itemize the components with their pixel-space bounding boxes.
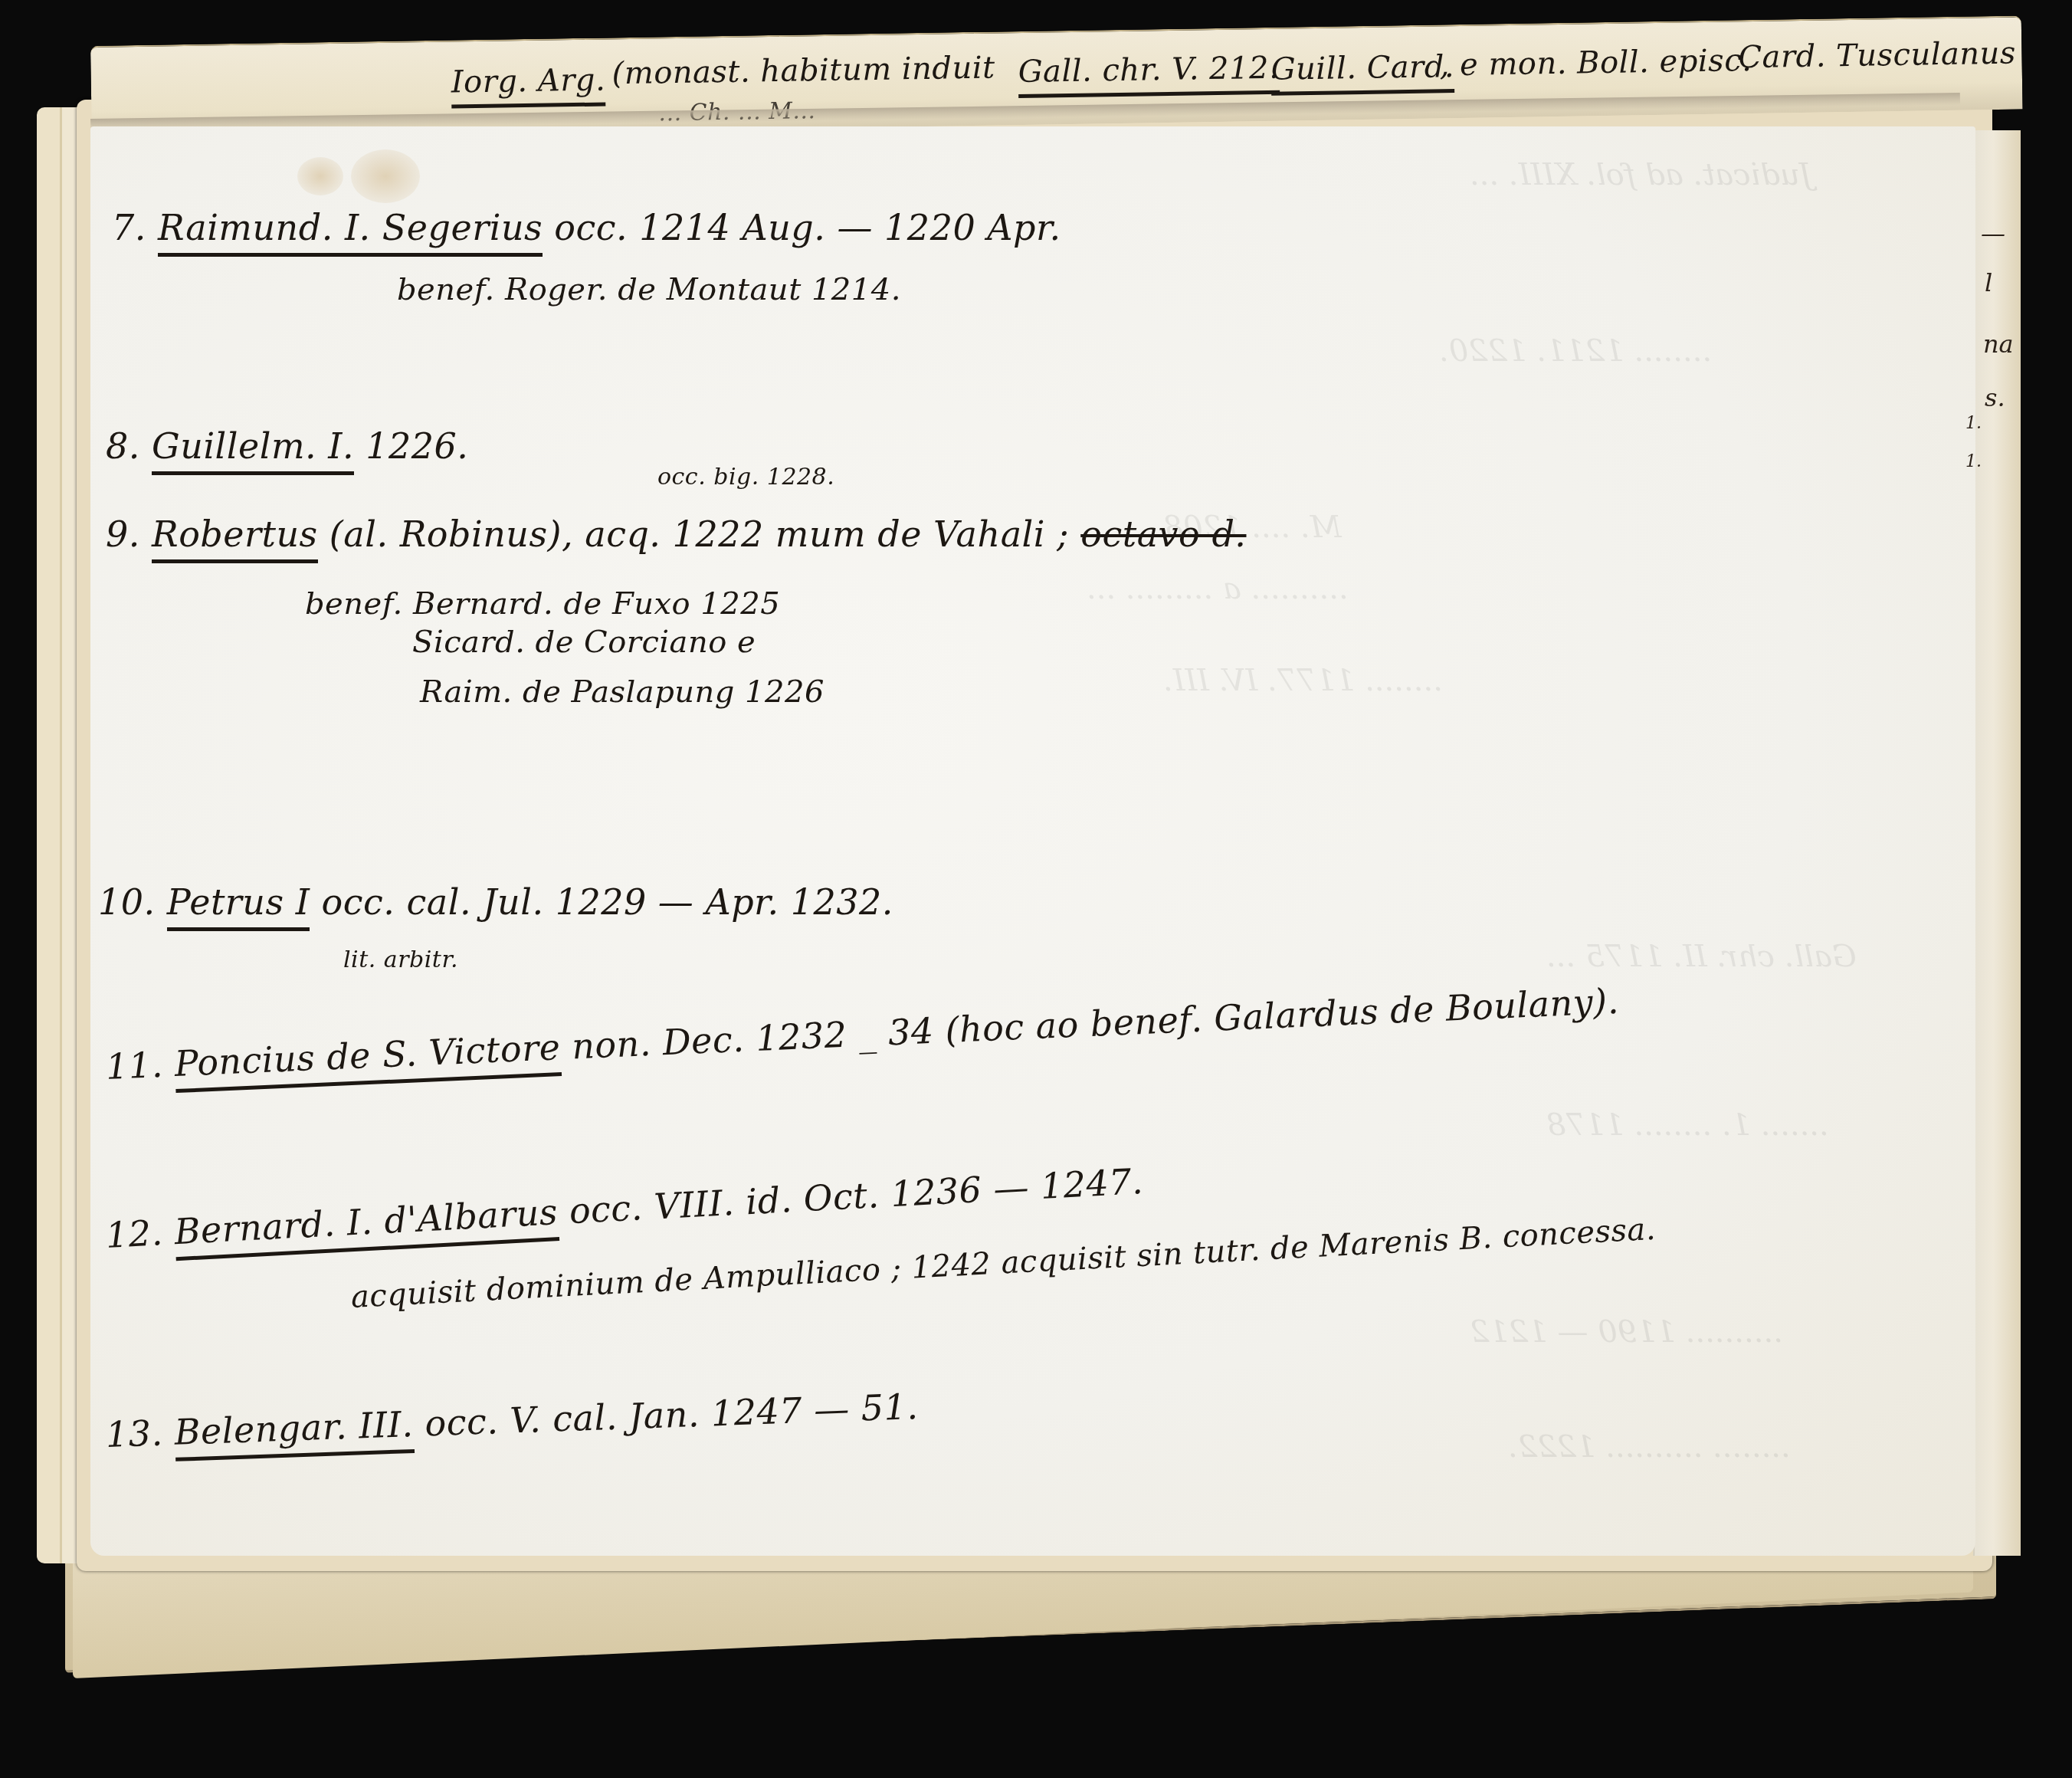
entry-dates: non. Dec. 1232 _ 34 (hoc ao benef. Galar… bbox=[571, 980, 1620, 1068]
entry-name: Raimund. I. Segerius bbox=[158, 207, 543, 257]
entry-7-line: 7. Raimund. I. Segerius occ. 1214 Aug. —… bbox=[112, 207, 1061, 248]
entry-dates: occ. VIII. id. Oct. 1236 — 1247. bbox=[568, 1160, 1144, 1232]
entry-dates: acq. 1222 mum de Vahali ; bbox=[585, 513, 1069, 555]
entry-name: Poncius de S. Victore bbox=[174, 1026, 562, 1093]
bleed-through-text: ........ 1211. 1220. bbox=[1439, 333, 1712, 369]
bleed-through-text: ........ .......... 1222. bbox=[1508, 1429, 1791, 1465]
margin-fragment: 1. bbox=[1965, 414, 1982, 433]
margin-fragment: — bbox=[1981, 218, 2005, 248]
entry-number: 13. bbox=[105, 1412, 163, 1455]
entry-number: 9. bbox=[106, 513, 140, 555]
entry-11-line: 11. Poncius de S. Victore non. Dec. 1232… bbox=[105, 980, 1620, 1087]
top-strip-segment: Gall. chr. V. 212. bbox=[1018, 51, 1279, 90]
bleed-through-text: .......... 1190 — 1212 bbox=[1470, 1314, 1783, 1350]
entry-number: 10. bbox=[98, 881, 156, 923]
entry-9-note: Raim. de Paslapung 1226 bbox=[420, 674, 825, 710]
entry-12-line: 12. Bernard. I. d'Albarus occ. VIII. id.… bbox=[105, 1160, 1145, 1256]
entry-10-line: 10. Petrus I occ. cal. Jul. 1229 — Apr. … bbox=[98, 881, 893, 923]
entry-8-line: 8. Guillelm. I. 1226. bbox=[106, 425, 468, 467]
top-strip-segment: Iorg. Arg. bbox=[451, 62, 605, 100]
struck-text: octavo d. bbox=[1080, 513, 1246, 555]
entry-9-superscript: occ. big. 1228. bbox=[657, 464, 834, 490]
bleed-through-text: ........ 1177. IV. III. bbox=[1163, 663, 1443, 698]
entry-name: Bernard. I. d'Albarus bbox=[173, 1191, 559, 1261]
entry-9-line: 9. Robertus (al. Robinus), acq. 1222 mum… bbox=[106, 513, 1246, 555]
entry-number: 7. bbox=[112, 207, 146, 248]
entry-dates: 1226. bbox=[366, 425, 468, 467]
top-strip-segment: Guill. Card. bbox=[1270, 49, 1454, 87]
entry-dates: occ. 1214 Aug. — 1220 Apr. bbox=[554, 207, 1061, 248]
entry-name: Petrus I bbox=[167, 881, 310, 931]
entry-number: 12. bbox=[105, 1212, 164, 1256]
bleed-through-text: ....... 1. ........ 1178 bbox=[1546, 1107, 1829, 1143]
entry-dates: occ. V. cal. Jan. 1247 — 51. bbox=[424, 1386, 919, 1444]
foxing-stain bbox=[297, 157, 343, 195]
margin-fragment: l bbox=[1985, 268, 1992, 297]
bleed-through-text: .......... a ......... ... bbox=[1087, 571, 1349, 606]
entry-dates: occ. cal. Jul. 1229 — Apr. 1232. bbox=[322, 881, 893, 923]
bleed-through-text: Judicat. ad fol. XIII. ... bbox=[1470, 157, 1812, 192]
margin-fragment: 1. bbox=[1965, 452, 1982, 471]
entry-number: 8. bbox=[106, 425, 140, 467]
entry-number: 11. bbox=[105, 1044, 164, 1087]
entry-9-note: benef. Bernard. de Fuxo 1225 bbox=[305, 586, 780, 622]
entry-name: Robertus bbox=[152, 513, 318, 563]
top-strip-segment: (monast. habitum induit bbox=[611, 50, 995, 91]
margin-fragment: s. bbox=[1985, 383, 2005, 412]
bleed-through-text: Gall. chr. II. 1175 ... bbox=[1546, 939, 1857, 974]
entry-10-note: lit. arbitr. bbox=[343, 946, 458, 973]
entry-name: Guillelm. I. bbox=[152, 425, 354, 475]
foxing-stain bbox=[351, 149, 420, 203]
entry-name: Belengar. III. bbox=[174, 1403, 415, 1461]
entry-13-line: 13. Belengar. III. occ. V. cal. Jan. 124… bbox=[105, 1386, 919, 1455]
margin-fragment: na bbox=[1983, 330, 2014, 359]
entry-7-note: benef. Roger. de Montaut 1214. bbox=[397, 272, 901, 307]
entry-aside: (al. Robinus), bbox=[329, 513, 573, 555]
top-strip-segment: Card. Tusculanus bbox=[1738, 36, 2016, 76]
entry-9-note: Sicard. de Corciano e bbox=[412, 625, 756, 660]
manuscript-page: Judicat. ad fol. XIII. ... ........ 1211… bbox=[90, 126, 1975, 1556]
top-strip-segment: , e mon. Boll. episc. bbox=[1439, 43, 1752, 83]
